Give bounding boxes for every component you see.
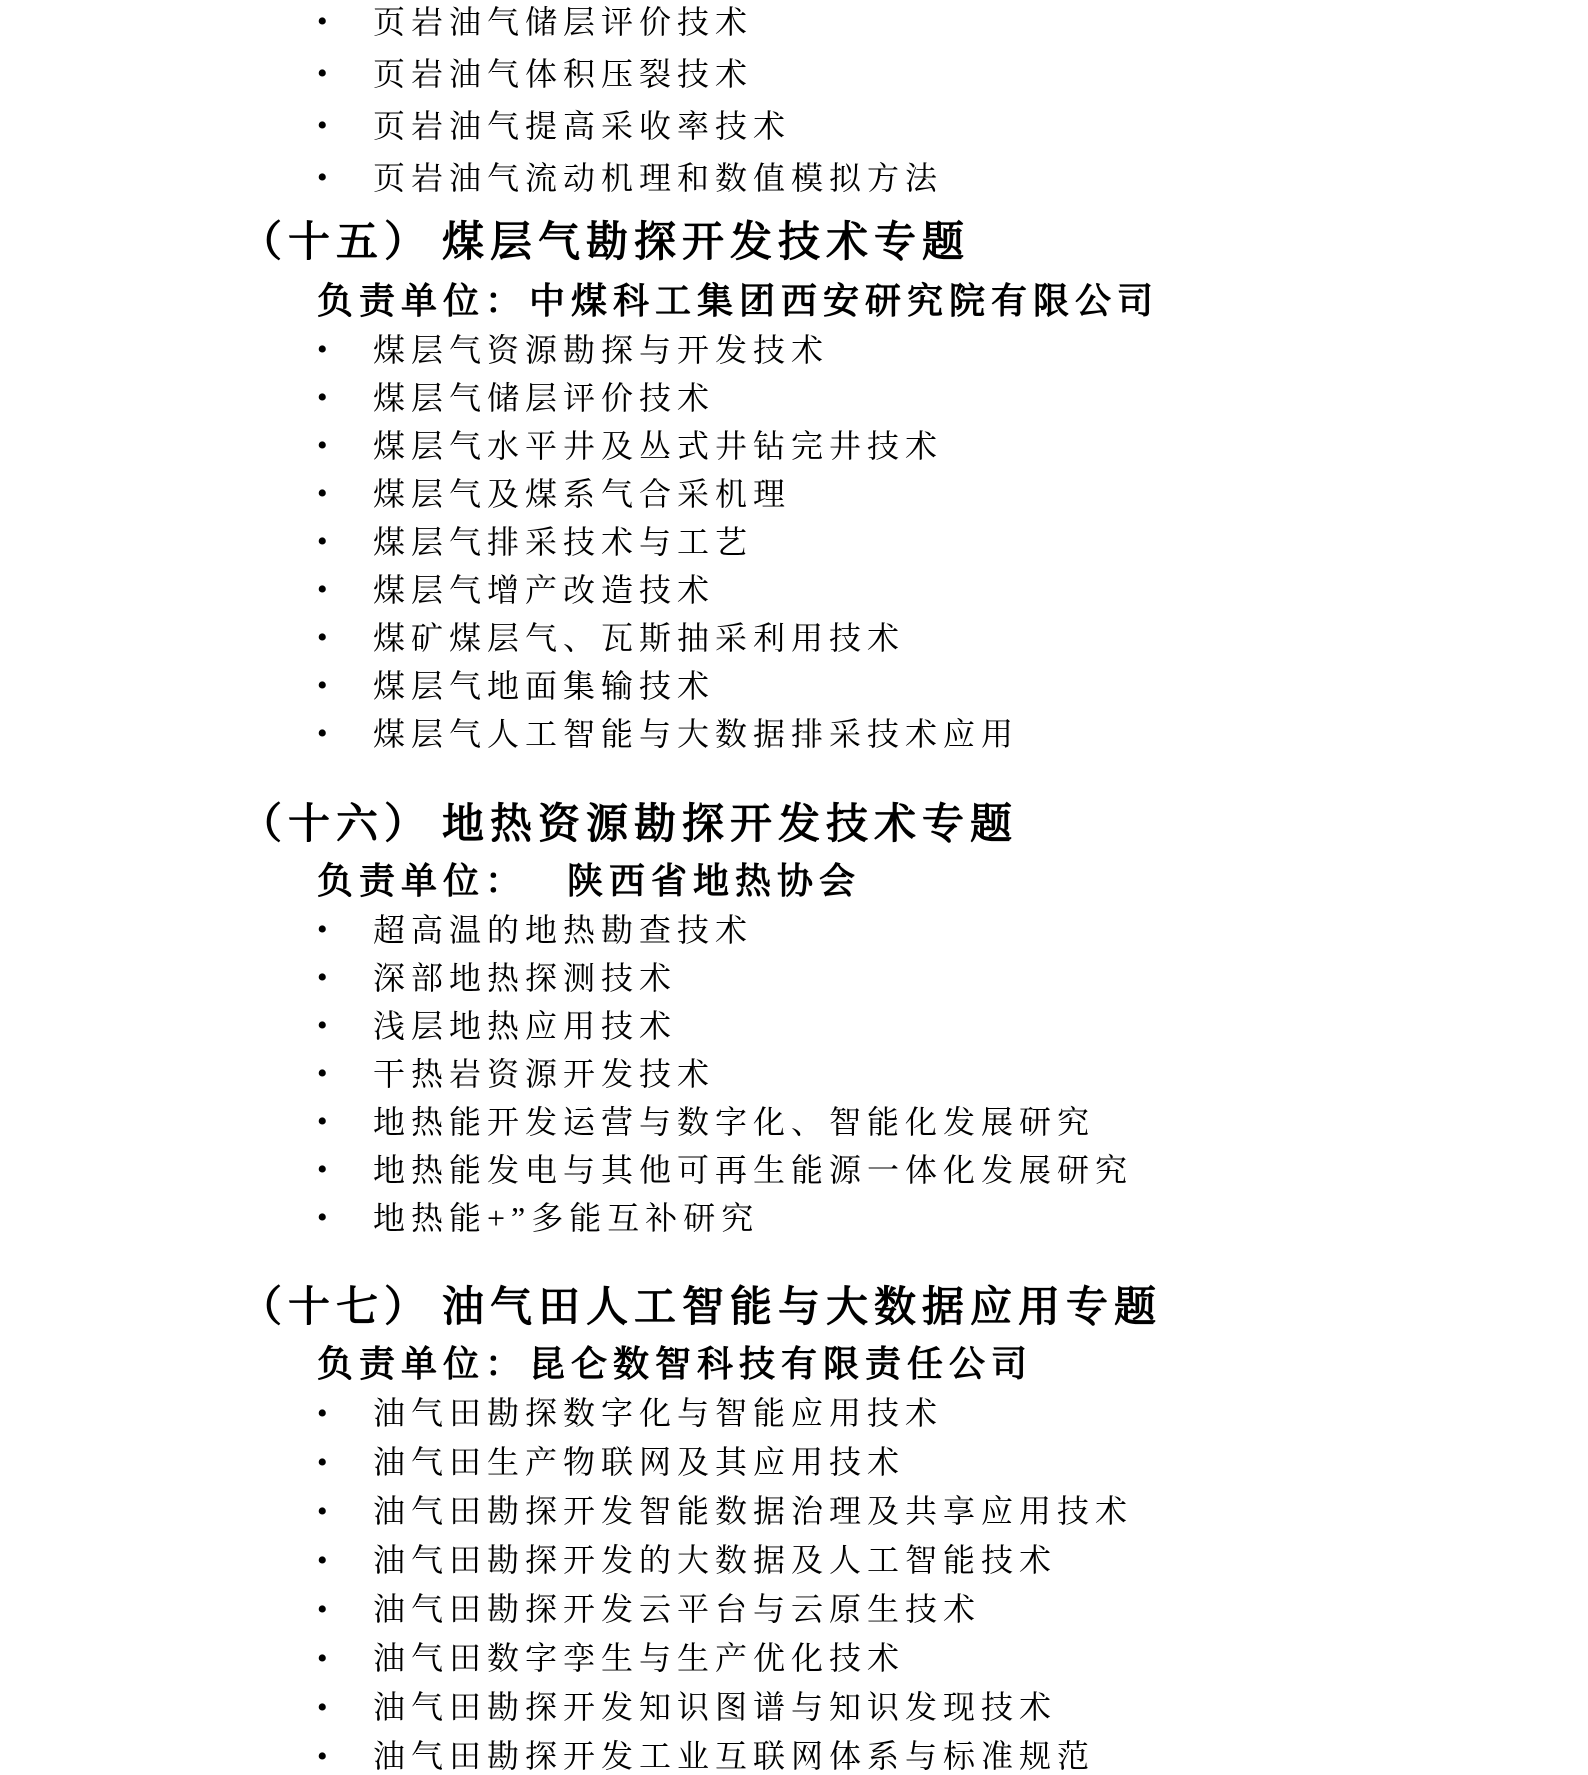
bullet-icon: • [317, 1585, 373, 1634]
responsible-unit-label: 负责单位： [317, 861, 527, 901]
topic-text: 煤层气资源勘探与开发技术 [373, 326, 829, 374]
topic-text: 油气田生产物联网及其应用技术 [373, 1438, 905, 1487]
responsible-unit-line: 负责单位：中煤科工集团西安研究院有限公司 [317, 276, 1588, 326]
bullet-icon: • [317, 422, 373, 470]
list-item: •页岩油气储层评价技术 [317, 0, 1588, 48]
topic-text: 页岩油气提高采收率技术 [373, 100, 791, 152]
bullet-icon: • [317, 48, 373, 100]
section-topic-list: •超高温的地热勘查技术 •深部地热探测技术 •浅层地热应用技术 •干热岩资源开发… [0, 906, 1588, 1242]
bullet-icon: • [317, 0, 373, 48]
bullet-icon: • [317, 710, 373, 758]
bullet-icon: • [317, 954, 373, 1002]
topic-text: 煤层气排采技术与工艺 [373, 518, 753, 566]
bullet-icon: • [317, 1536, 373, 1585]
topic-text: 地热能发电与其他可再生能源一体化发展研究 [373, 1146, 1133, 1194]
responsible-unit-label: 负责单位： [317, 281, 527, 321]
section-topic-list: •油气田勘探数字化与智能应用技术 •油气田生产物联网及其应用技术 •油气田勘探开… [0, 1389, 1588, 1775]
section-topic-list: •煤层气资源勘探与开发技术 •煤层气储层评价技术 •煤层气水平井及丛式井钻完井技… [0, 326, 1588, 758]
bullet-icon: • [317, 662, 373, 710]
topic-text: 油气田数字孪生与生产优化技术 [373, 1634, 905, 1683]
list-item: •超高温的地热勘查技术 [317, 906, 1588, 954]
topic-text: 油气田勘探数字化与智能应用技术 [373, 1389, 943, 1438]
bullet-icon: • [317, 1146, 373, 1194]
list-item: •油气田数字孪生与生产优化技术 [317, 1634, 1588, 1683]
topic-text: 页岩油气流动机理和数值模拟方法 [373, 152, 943, 204]
responsible-unit-line: 负责单位：昆仑数智科技有限责任公司 [317, 1339, 1588, 1389]
topic-text: 煤层气水平井及丛式井钻完井技术 [373, 422, 943, 470]
bullet-icon: • [317, 100, 373, 152]
responsible-unit-name: 中煤科工集团西安研究院有限公司 [529, 281, 1159, 321]
responsible-unit-name: 昆仑数智科技有限责任公司 [529, 1344, 1033, 1384]
bullet-icon: • [317, 1683, 373, 1732]
list-item: •煤层气储层评价技术 [317, 374, 1588, 422]
list-item: •油气田生产物联网及其应用技术 [317, 1438, 1588, 1487]
topic-text: 油气田勘探开发知识图谱与知识发现技术 [373, 1683, 1057, 1732]
list-item: •地热能开发运营与数字化、智能化发展研究 [317, 1098, 1588, 1146]
list-item: •煤层气排采技术与工艺 [317, 518, 1588, 566]
bullet-icon: • [317, 566, 373, 614]
list-item: •油气田勘探数字化与智能应用技术 [317, 1389, 1588, 1438]
topic-text: 煤层气储层评价技术 [373, 374, 715, 422]
bullet-icon: • [317, 1098, 373, 1146]
list-item: •煤层气资源勘探与开发技术 [317, 326, 1588, 374]
bullet-icon: • [317, 326, 373, 374]
list-item: •油气田勘探开发工业互联网体系与标准规范 [317, 1732, 1588, 1775]
list-item: •油气田勘探开发智能数据治理及共享应用技术 [317, 1487, 1588, 1536]
topic-text: 页岩油气储层评价技术 [373, 0, 753, 48]
section-heading: （十五）煤层气勘探开发技术专题 [240, 214, 1588, 270]
section-number: （十七） [240, 1283, 432, 1330]
bullet-icon: • [317, 374, 373, 422]
topic-text: 油气田勘探开发云平台与云原生技术 [373, 1585, 981, 1634]
list-item: •地热能+”多能互补研究 [317, 1194, 1588, 1242]
bullet-icon: • [317, 470, 373, 518]
topic-text: 超高温的地热勘查技术 [373, 906, 753, 954]
topic-text: 地热能+”多能互补研究 [373, 1194, 759, 1242]
list-item: •页岩油气体积压裂技术 [317, 48, 1588, 100]
bullet-icon: • [317, 614, 373, 662]
section-title: 地热资源勘探开发技术专题 [442, 800, 1018, 847]
topic-text: 油气田勘探开发工业互联网体系与标准规范 [373, 1732, 1095, 1775]
responsible-unit-name: 陕西省地热协会 [567, 861, 861, 901]
topic-text: 深部地热探测技术 [373, 954, 677, 1002]
list-item: •页岩油气提高采收率技术 [317, 100, 1588, 152]
bullet-icon: • [317, 1389, 373, 1438]
list-item: •地热能发电与其他可再生能源一体化发展研究 [317, 1146, 1588, 1194]
bullet-icon: • [317, 518, 373, 566]
section-heading: （十六）地热资源勘探开发技术专题 [240, 796, 1588, 852]
bullet-icon: • [317, 1050, 373, 1098]
list-item: •干热岩资源开发技术 [317, 1050, 1588, 1098]
list-item: •油气田勘探开发知识图谱与知识发现技术 [317, 1683, 1588, 1732]
list-item: •页岩油气流动机理和数值模拟方法 [317, 152, 1588, 204]
list-item: •油气田勘探开发的大数据及人工智能技术 [317, 1536, 1588, 1585]
topic-text: 地热能开发运营与数字化、智能化发展研究 [373, 1098, 1095, 1146]
section-number: （十五） [240, 218, 432, 265]
list-item: •煤层气人工智能与大数据排采技术应用 [317, 710, 1588, 758]
topic-text: 煤层气及煤系气合采机理 [373, 470, 791, 518]
intro-topic-list: •页岩油气储层评价技术 •页岩油气体积压裂技术 •页岩油气提高采收率技术 •页岩… [0, 0, 1588, 204]
list-item: •煤层气增产改造技术 [317, 566, 1588, 614]
list-item: •油气田勘探开发云平台与云原生技术 [317, 1585, 1588, 1634]
topic-text: 浅层地热应用技术 [373, 1002, 677, 1050]
list-item: •深部地热探测技术 [317, 954, 1588, 1002]
topic-text: 煤层气人工智能与大数据排采技术应用 [373, 710, 1019, 758]
section-number: （十六） [240, 800, 432, 847]
responsible-unit-label: 负责单位： [317, 1344, 527, 1384]
bullet-icon: • [317, 1732, 373, 1775]
topic-text: 煤矿煤层气、瓦斯抽采利用技术 [373, 614, 905, 662]
bullet-icon: • [317, 1634, 373, 1683]
bullet-icon: • [317, 152, 373, 204]
bullet-icon: • [317, 1002, 373, 1050]
list-item: •煤层气水平井及丛式井钻完井技术 [317, 422, 1588, 470]
topic-text: 油气田勘探开发的大数据及人工智能技术 [373, 1536, 1057, 1585]
document-page: •页岩油气储层评价技术 •页岩油气体积压裂技术 •页岩油气提高采收率技术 •页岩… [0, 0, 1588, 1775]
topic-text: 煤层气增产改造技术 [373, 566, 715, 614]
list-item: •浅层地热应用技术 [317, 1002, 1588, 1050]
document-content: •页岩油气储层评价技术 •页岩油气体积压裂技术 •页岩油气提高采收率技术 •页岩… [0, 0, 1588, 1775]
section-title: 煤层气勘探开发技术专题 [442, 218, 970, 265]
bullet-icon: • [317, 1438, 373, 1487]
list-item: •煤矿煤层气、瓦斯抽采利用技术 [317, 614, 1588, 662]
section-title: 油气田人工智能与大数据应用专题 [442, 1283, 1162, 1330]
bullet-icon: • [317, 906, 373, 954]
bullet-icon: • [317, 1194, 373, 1242]
section-heading: （十七）油气田人工智能与大数据应用专题 [240, 1279, 1588, 1335]
responsible-unit-line: 负责单位：陕西省地热协会 [317, 856, 1588, 906]
bullet-icon: • [317, 1487, 373, 1536]
topic-text: 干热岩资源开发技术 [373, 1050, 715, 1098]
topic-text: 页岩油气体积压裂技术 [373, 48, 753, 100]
list-item: •煤层气地面集输技术 [317, 662, 1588, 710]
topic-text: 煤层气地面集输技术 [373, 662, 715, 710]
topic-text: 油气田勘探开发智能数据治理及共享应用技术 [373, 1487, 1133, 1536]
list-item: •煤层气及煤系气合采机理 [317, 470, 1588, 518]
